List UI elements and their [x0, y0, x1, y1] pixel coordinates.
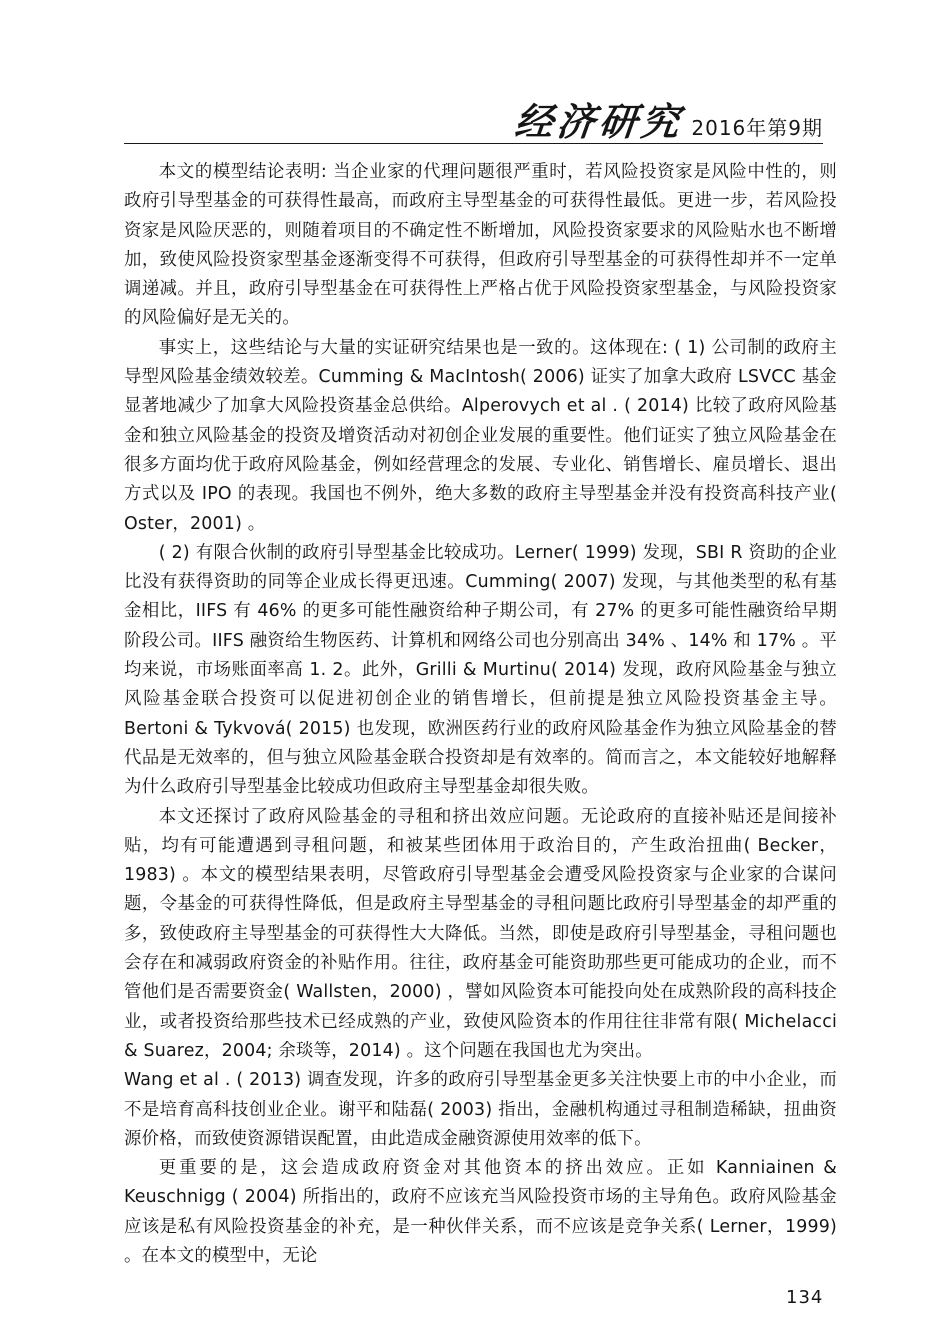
page-number: 134	[786, 1287, 823, 1308]
journal-page: 经济研究 2016年第9期 本文的模型结论表明: 当企业家的代理问题很严重时，若…	[0, 0, 950, 1344]
paragraph: 本文还探讨了政府风险基金的寻租和挤出效应问题。无论政府的直接补贴还是间接补贴，均…	[124, 803, 837, 1067]
article-body: 本文的模型结论表明: 当企业家的代理问题很严重时，若风险投资家是风险中性的，则政…	[124, 158, 837, 1271]
page-header: 经济研究 2016年第9期	[124, 0, 823, 144]
paragraph: 事实上，这些结论与大量的实证研究结果也是一致的。这体现在: ( 1) 公司制的政…	[124, 334, 837, 539]
paragraph: ( 2) 有限合伙制的政府引导型基金比较成功。Lerner( 1999) 发现，…	[124, 539, 837, 803]
issue-label: 2016年第9期	[691, 115, 823, 141]
paragraph: 更重要的是，这会造成政府资金对其他资本的挤出效应。正如 Kanniainen &…	[124, 1154, 837, 1271]
paragraph: Wang et al . ( 2013) 调查发现，许多的政府引导型基金更多关注…	[124, 1066, 837, 1154]
journal-logo: 经济研究	[513, 103, 685, 141]
paragraph: 本文的模型结论表明: 当企业家的代理问题很严重时，若风险投资家是风险中性的，则政…	[124, 158, 837, 334]
